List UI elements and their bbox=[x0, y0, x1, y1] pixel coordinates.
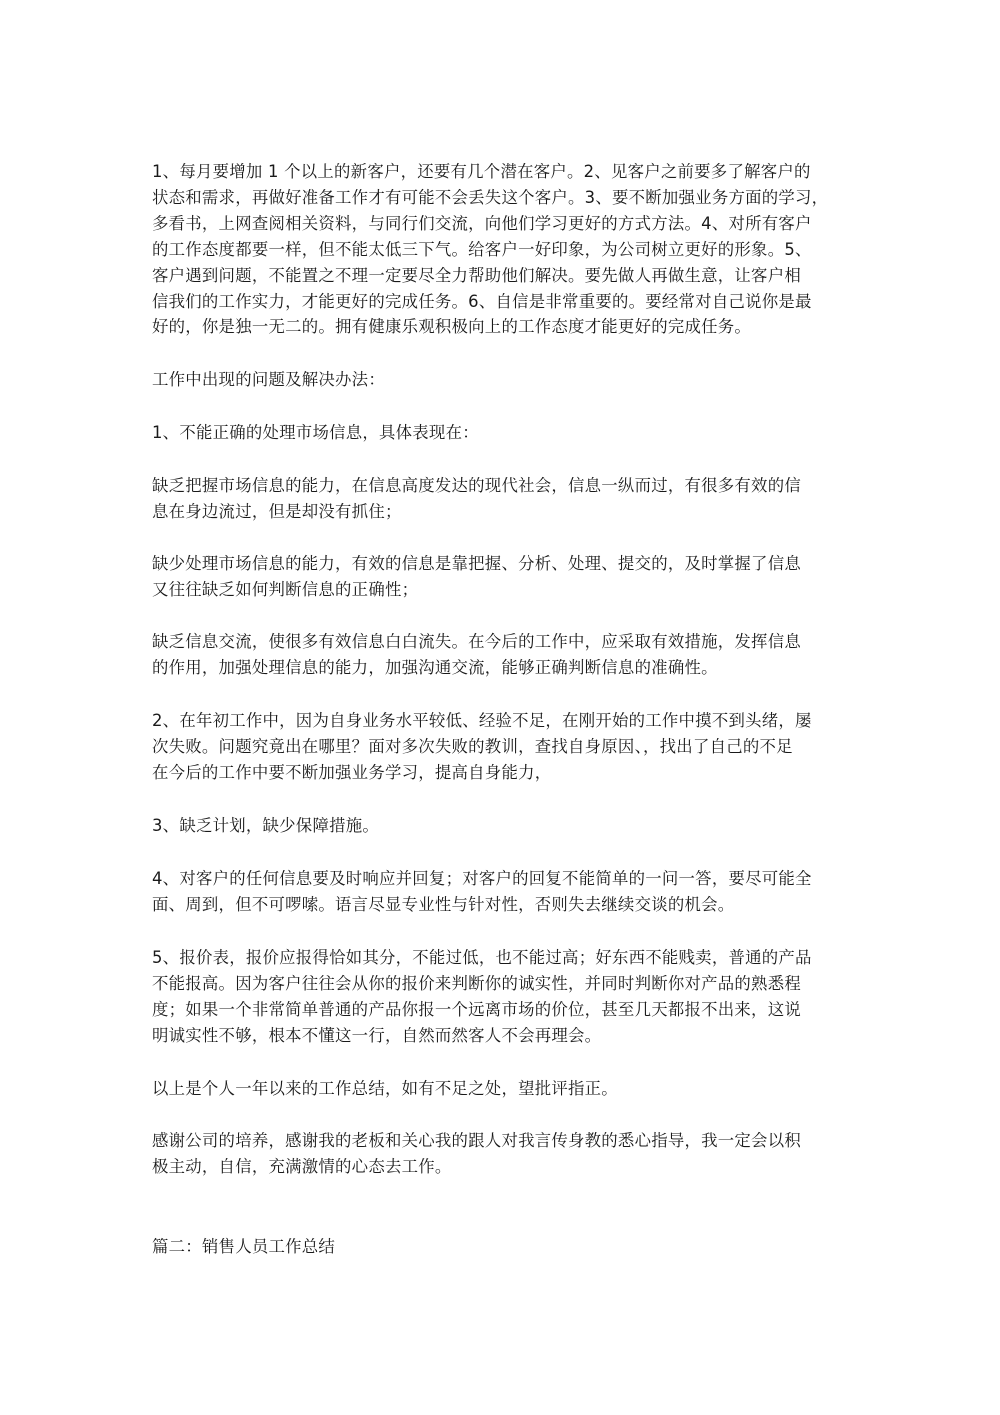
paragraph: 4、对客户的任何信息要及时响应并回复；对客户的回复不能简单的一问一答，要尽可能全… bbox=[152, 866, 852, 918]
text-line: 篇二：销售人员工作总结 bbox=[152, 1234, 852, 1260]
text-line: 缺乏信息交流，使很多有效信息白白流失。在今后的工作中，应采取有效措施，发挥信息 bbox=[152, 629, 852, 655]
text-line: 2、在年初工作中，因为自身业务水平较低、经验不足，在刚开始的工作中摸不到头绪，屡 bbox=[152, 708, 852, 734]
paragraph: 1、每月要增加 1 个以上的新客户，还要有几个潜在客户。2、见客户之前要多了解客… bbox=[152, 159, 852, 340]
paragraph: 缺少处理市场信息的能力，有效的信息是靠把握、分析、处理、提交的，及时掌握了信息又… bbox=[152, 551, 852, 603]
text-line: 客户遇到问题，不能置之不理一定要尽全力帮助他们解决。要先做人再做生意，让客户相 bbox=[152, 263, 852, 289]
text-line: 息在身边流过，但是却没有抓住； bbox=[152, 499, 852, 525]
paragraph: 缺乏把握市场信息的能力，在信息高度发达的现代社会，信息一纵而过，有很多有效的信息… bbox=[152, 473, 852, 525]
paragraph: 缺乏信息交流，使很多有效信息白白流失。在今后的工作中，应采取有效措施，发挥信息的… bbox=[152, 629, 852, 681]
text-line: 的作用，加强处理信息的能力，加强沟通交流，能够正确判断信息的准确性。 bbox=[152, 655, 852, 681]
text-line: 极主动，自信，充满激情的心态去工作。 bbox=[152, 1154, 852, 1180]
text-line: 5、报价表，报价应报得恰如其分，不能过低，也不能过高；好东西不能贱卖，普通的产品 bbox=[152, 945, 852, 971]
text-line: 感谢公司的培养，感谢我的老板和关心我的跟人对我言传身教的悉心指导，我一定会以积 bbox=[152, 1128, 852, 1154]
text-line: 状态和需求，再做好准备工作才有可能不会丢失这个客户。3、要不断加强业务方面的学习… bbox=[152, 185, 852, 211]
paragraph: 以上是个人一年以来的工作总结，如有不足之处，望批评指正。 bbox=[152, 1076, 852, 1102]
text-line: 多看书，上网查阅相关资料，与同行们交流，向他们学习更好的方式方法。4、对所有客户 bbox=[152, 211, 852, 237]
text-line: 1、不能正确的处理市场信息，具体表现在： bbox=[152, 420, 852, 446]
text-line: 缺少处理市场信息的能力，有效的信息是靠把握、分析、处理、提交的，及时掌握了信息 bbox=[152, 551, 852, 577]
paragraph: 1、不能正确的处理市场信息，具体表现在： bbox=[152, 420, 852, 446]
document-page: 1、每月要增加 1 个以上的新客户，还要有几个潜在客户。2、见客户之前要多了解客… bbox=[0, 0, 1000, 1415]
text-line: 次失败。问题究竟出在哪里？面对多次失败的教训，查找自身原因、，找出了自己的不足 bbox=[152, 734, 852, 760]
text-line: 明诚实性不够，根本不懂这一行，自然而然客人不会再理会。 bbox=[152, 1023, 852, 1049]
text-line: 不能报高。因为客户往往会从你的报价来判断你的诚实性，并同时判断你对产品的熟悉程 bbox=[152, 971, 852, 997]
text-line: 信我们的工作实力，才能更好的完成任务。6、自信是非常重要的。要经常对自己说你是最 bbox=[152, 289, 852, 315]
text-line: 缺乏把握市场信息的能力，在信息高度发达的现代社会，信息一纵而过，有很多有效的信 bbox=[152, 473, 852, 499]
paragraph: 2、在年初工作中，因为自身业务水平较低、经验不足，在刚开始的工作中摸不到头绪，屡… bbox=[152, 708, 852, 786]
paragraph: 工作中出现的问题及解决办法： bbox=[152, 367, 852, 393]
text-line: 3、缺乏计划，缺少保障措施。 bbox=[152, 813, 852, 839]
text-line: 度；如果一个非常简单普通的产品你报一个远离市场的价位，甚至几天都报不出来，这说 bbox=[152, 997, 852, 1023]
section-heading: 篇二：销售人员工作总结 bbox=[152, 1234, 852, 1260]
text-line: 4、对客户的任何信息要及时响应并回复；对客户的回复不能简单的一问一答，要尽可能全 bbox=[152, 866, 852, 892]
paragraph: 感谢公司的培养，感谢我的老板和关心我的跟人对我言传身教的悉心指导，我一定会以积极… bbox=[152, 1128, 852, 1180]
text-line: 1、每月要增加 1 个以上的新客户，还要有几个潜在客户。2、见客户之前要多了解客… bbox=[152, 159, 852, 185]
text-line: 又往往缺乏如何判断信息的正确性； bbox=[152, 577, 852, 603]
text-line: 以上是个人一年以来的工作总结，如有不足之处，望批评指正。 bbox=[152, 1076, 852, 1102]
text-line: 工作中出现的问题及解决办法： bbox=[152, 367, 852, 393]
text-line: 面、周到，但不可啰嗦。语言尽显专业性与针对性，否则失去继续交谈的机会。 bbox=[152, 892, 852, 918]
paragraph: 5、报价表，报价应报得恰如其分，不能过低，也不能过高；好东西不能贱卖，普通的产品… bbox=[152, 945, 852, 1049]
text-line: 的工作态度都要一样，但不能太低三下气。给客户一好印象，为公司树立更好的形象。5、 bbox=[152, 237, 852, 263]
text-line: 好的，你是独一无二的。拥有健康乐观积极向上的工作态度才能更好的完成任务。 bbox=[152, 314, 852, 340]
text-line: 在今后的工作中要不断加强业务学习，提高自身能力， bbox=[152, 760, 852, 786]
paragraph: 3、缺乏计划，缺少保障措施。 bbox=[152, 813, 852, 839]
